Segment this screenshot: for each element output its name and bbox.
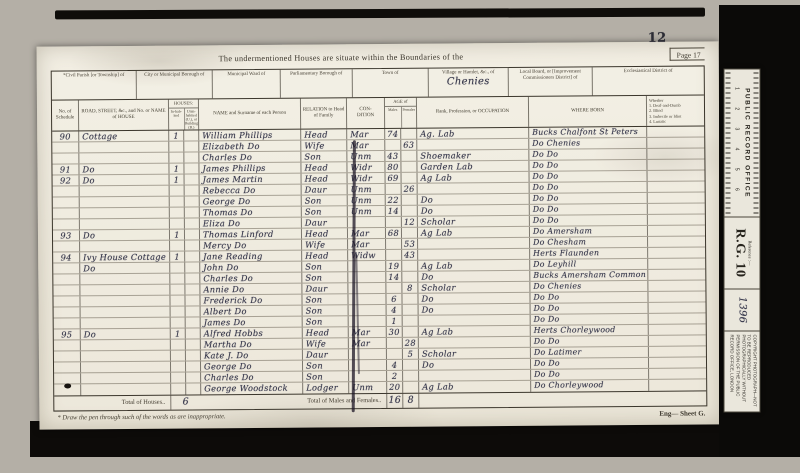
cell-houses-inhabited — [170, 351, 185, 361]
cell-houses-inhabited: 1 — [169, 230, 184, 240]
cell-schedule-number — [53, 219, 79, 229]
cell-house-name — [79, 241, 169, 252]
cell-houses-uninhabited — [183, 141, 198, 151]
cell-schedule-number — [54, 373, 80, 383]
col-header-age: AGE of Males Females — [384, 98, 416, 128]
cell-houses-inhabited — [169, 208, 184, 218]
cell-houses-uninhabited — [184, 207, 199, 217]
cell-person-name: James Martin — [199, 174, 301, 185]
cell-houses-uninhabited — [185, 339, 200, 349]
cell-where-born: Do Do — [530, 314, 648, 325]
cell-relation: Head — [300, 162, 346, 172]
cell-where-born: Do Do — [530, 303, 648, 314]
cell-houses-inhabited — [168, 142, 183, 152]
cell-occupation — [417, 238, 529, 249]
cell-person-name: Charles Do — [198, 152, 300, 163]
pro-ruler: PUBLIC RECORD OFFICE 1 2 3 4 5 6 — [725, 70, 760, 218]
cell-age-male: 6 — [385, 294, 401, 304]
cell-infirmity — [648, 302, 706, 312]
census-form: 12 The undermentioned Houses are situate… — [37, 41, 722, 429]
col-header-relation: RELATION to Head of Family — [300, 98, 346, 128]
cell-infirmity — [647, 170, 705, 180]
cell-age-male — [385, 239, 401, 249]
cell-person-name: Eliza Do — [199, 218, 301, 229]
cell-relation: Son — [300, 151, 346, 161]
public-record-office-label: PUBLIC RECORD OFFICE 1 2 3 4 5 6 Referen… — [724, 69, 761, 413]
cell-person-name: Thomas Do — [199, 207, 301, 218]
cell-schedule-number — [53, 263, 79, 273]
cell-relation: Son — [302, 371, 348, 381]
census-table: *Civil Parish [or Township] of City or M… — [51, 65, 708, 411]
form-title: The undermentioned Houses are situate wi… — [219, 52, 464, 63]
cell-houses-inhabited — [169, 219, 184, 229]
col-header-road: ROAD, STREET, &c., and No. or NAME of HO… — [78, 100, 168, 131]
cell-houses-inhabited — [169, 186, 184, 196]
cell-age-female — [401, 206, 417, 216]
boundary-city-borough: City or Municipal Borough of — [136, 70, 212, 99]
cell-where-born: Do Chorleywood — [530, 380, 648, 392]
cell-house-name: Ivy House Cottage — [79, 252, 169, 263]
cell-houses-uninhabited — [184, 251, 199, 261]
cell-where-born: Do Leyhill — [529, 259, 647, 270]
cell-houses-inhabited — [169, 274, 184, 284]
cell-occupation: Do — [418, 304, 530, 315]
cell-infirmity — [647, 214, 705, 224]
cell-age-male: 80 — [384, 162, 400, 172]
cell-occupation: Scholar — [417, 216, 529, 227]
cell-infirmity — [648, 346, 706, 356]
boundary-village: Village or Hamlet, &c., ofChenies — [428, 68, 508, 97]
cell-house-name — [78, 142, 168, 153]
cell-house-name: Do — [80, 329, 170, 340]
cell-relation: Daur — [301, 184, 347, 194]
col-header-name: NAME and Surname of each Person — [198, 99, 300, 130]
cell-occupation: Scholar — [417, 282, 529, 293]
cell-houses-uninhabited — [185, 383, 200, 394]
cell-occupation: Shoemaker — [416, 150, 528, 161]
cell-schedule-number — [52, 153, 78, 163]
cell-infirmity — [647, 291, 705, 301]
census-rows: 90 Cottage 1 William Phillips Head Mar 7… — [52, 126, 706, 395]
cell-age-male: 1 — [386, 316, 402, 326]
cell-age-female — [402, 327, 418, 337]
cell-person-name: Martha Do — [200, 339, 302, 350]
cell-schedule-number: 91 — [52, 164, 78, 174]
col-header-uninhabited: Unin-habited (U.), or Building (B.) — [183, 108, 198, 130]
cell-age-male: 20 — [386, 382, 402, 393]
cell-where-born: Bucks Amersham Common — [529, 270, 647, 281]
cell-age-male — [386, 349, 402, 359]
cell-age-female: 63 — [400, 140, 416, 150]
cell-relation: Son — [301, 261, 347, 271]
cell-houses-inhabited — [170, 362, 185, 372]
cell-house-name — [79, 274, 169, 285]
cell-age-female — [401, 261, 417, 271]
boundary-municipal-ward: Municipal Ward of — [212, 70, 280, 99]
cell-age-female — [401, 195, 417, 205]
cell-schedule-number — [52, 142, 78, 152]
cell-relation: Son — [302, 305, 348, 315]
cell-age-male: 4 — [386, 360, 402, 370]
cell-occupation: Do — [417, 271, 529, 282]
cell-schedule-number: 90 — [52, 131, 78, 141]
cell-house-name: Do — [79, 230, 169, 241]
cell-where-born: Do Do — [529, 204, 647, 215]
cell-schedule-number: 93 — [53, 230, 79, 240]
totals-empty — [418, 391, 706, 407]
cell-age-female: 8 — [401, 283, 417, 293]
cell-age-male — [386, 338, 402, 348]
cell-houses-inhabited: 1 — [169, 252, 184, 262]
cell-person-name: George Do — [199, 196, 301, 207]
cell-occupation — [417, 183, 529, 194]
cell-house-name — [80, 384, 170, 396]
cell-infirmity — [648, 324, 706, 334]
cell-houses-uninhabited — [184, 218, 199, 228]
cell-person-name: Alfred Hobbs — [200, 328, 302, 339]
col-header-where-born: WHERE BORN — [528, 96, 646, 127]
cell-house-name — [79, 208, 169, 219]
cell-house-name — [79, 197, 169, 208]
cell-infirmity — [647, 258, 705, 268]
cell-relation: Daur — [302, 349, 348, 359]
col-header-condition: CON- DITION — [346, 98, 384, 128]
cell-where-born: Do Chenies — [529, 281, 647, 292]
cell-houses-uninhabited — [185, 306, 200, 316]
cell-person-name: Annie Do — [199, 284, 301, 295]
cell-occupation — [417, 249, 529, 260]
cell-houses-uninhabited — [184, 295, 199, 305]
cell-infirmity — [646, 126, 704, 136]
cell-house-name: Do — [78, 164, 168, 175]
cell-age-male — [384, 140, 400, 150]
cell-house-name — [79, 186, 169, 197]
total-mf-label: Total of Males and Females.. — [200, 394, 386, 409]
cell-person-name: Kate J. Do — [200, 350, 302, 361]
cell-infirmity — [647, 225, 705, 235]
cell-schedule-number — [53, 197, 79, 207]
cell-relation: Daur — [301, 283, 347, 293]
cell-age-female: 5 — [402, 349, 418, 359]
cell-schedule-number: 94 — [53, 252, 79, 262]
film-edge-top — [55, 8, 705, 20]
cell-houses-uninhabited — [184, 240, 199, 250]
cell-where-born: Herts Chorleywood — [530, 325, 648, 336]
cell-relation: Son — [301, 195, 347, 205]
cell-age-male: 68 — [385, 228, 401, 238]
cell-relation: Wife — [300, 140, 346, 150]
cell-age-male: 2 — [386, 371, 402, 381]
col-header-age-males: Males — [385, 106, 401, 128]
cell-occupation: Ag. Lab — [416, 128, 528, 139]
cell-age-male: 22 — [385, 195, 401, 205]
cell-schedule-number: 95 — [54, 329, 80, 339]
col-header-houses: HOUSES: In-hab-ited Unin-habited (U.), o… — [168, 99, 198, 129]
cell-age-female: 53 — [401, 239, 417, 249]
cell-houses-uninhabited — [184, 196, 199, 206]
column-headers: No. of Schedule ROAD, STREET, &c., and N… — [52, 95, 704, 131]
cell-infirmity — [648, 379, 706, 390]
cell-age-male — [385, 283, 401, 293]
cell-relation: Son — [301, 272, 347, 282]
boundary-local-board: Local Board, or [Improvement Commissione… — [508, 67, 592, 96]
col-header-occupation: Rank, Profession, or OCCUPATION — [416, 97, 528, 128]
footer-band: * Draw the pen through such of the words… — [57, 409, 705, 422]
cell-occupation — [418, 315, 530, 326]
cell-relation: Head — [301, 228, 347, 238]
cell-age-female — [401, 294, 417, 304]
cell-age-male: 14 — [385, 272, 401, 282]
cell-condition: Mar — [346, 129, 384, 139]
cell-age-male — [385, 217, 401, 227]
cell-houses-uninhabited — [184, 174, 199, 184]
pro-reference: Reference :— R.G. 10 — [725, 218, 760, 290]
cell-schedule-number — [53, 208, 79, 218]
cell-age-male: 14 — [385, 206, 401, 216]
cell-occupation — [418, 337, 530, 348]
cell-infirmity — [647, 269, 705, 279]
cell-occupation: Do — [417, 194, 529, 205]
cell-person-name: Charles Do — [199, 273, 301, 284]
reference-label: Reference :— — [748, 240, 753, 265]
cell-where-born: Do Do — [528, 149, 646, 160]
cell-house-name — [80, 318, 170, 329]
cell-occupation: Do — [417, 293, 529, 304]
cell-infirmity — [646, 137, 704, 147]
copyright-notice: COPYRIGHT PHOTOGRAPH—NOT TO BE REPRODUCE… — [725, 332, 760, 412]
cell-infirmity — [648, 313, 706, 323]
cell-where-born: Do Chenies — [528, 138, 646, 149]
cell-relation: Lodger — [302, 382, 348, 393]
cell-age-female — [401, 272, 417, 282]
scanned-census-page: 12 The undermentioned Houses are situate… — [0, 0, 800, 473]
cell-age-female — [400, 151, 416, 161]
cell-houses-inhabited — [170, 307, 185, 317]
cell-age-female — [402, 371, 418, 381]
cell-occupation: Scholar — [418, 348, 530, 359]
cell-infirmity — [647, 236, 705, 246]
cell-relation: Son — [302, 360, 348, 370]
col-header-age-females: Females — [400, 106, 416, 128]
cell-age-female — [402, 360, 418, 370]
cell-age-male: 30 — [386, 327, 402, 337]
cell-person-name: Elizabeth Do — [198, 141, 300, 152]
cell-where-born: Do Do — [529, 193, 647, 204]
cell-where-born: Do Chesham — [529, 237, 647, 248]
cell-person-name: Charles Do — [200, 372, 302, 383]
cell-relation: Head — [302, 327, 348, 337]
cell-age-male — [385, 184, 401, 194]
piece-number: 1396 — [725, 290, 760, 332]
total-males-value: 16 — [386, 394, 402, 408]
cell-person-name: John Do — [199, 262, 301, 273]
cell-occupation — [416, 139, 528, 150]
cell-occupation: Do — [418, 359, 530, 370]
cell-where-born: Do Latimer — [530, 347, 648, 358]
cell-houses-uninhabited — [185, 361, 200, 371]
cell-person-name: Rebecca Do — [199, 185, 301, 196]
cell-where-born: Do Do — [529, 171, 647, 182]
cell-houses-inhabited — [170, 340, 185, 350]
cell-houses-inhabited — [169, 263, 184, 273]
cell-house-name — [79, 219, 169, 230]
cell-infirmity — [647, 247, 705, 257]
cell-age-female — [401, 228, 417, 238]
cell-age-female — [401, 173, 417, 183]
cell-relation: Head — [301, 250, 347, 260]
cell-schedule-number — [54, 362, 80, 372]
cell-houses-uninhabited — [183, 152, 198, 162]
cell-where-born: Herts Flaunden — [529, 248, 647, 259]
form-footnote: * Draw the pen through such of the words… — [57, 413, 225, 422]
cell-schedule-number — [54, 307, 80, 317]
cell-houses-inhabited — [170, 384, 185, 395]
cell-schedule-number: 92 — [53, 175, 79, 185]
cell-houses-inhabited — [169, 285, 184, 295]
col-header-infirmity: Whether 1. Deaf-and-Dumb 2. Blind 3. Imb… — [646, 95, 704, 125]
cell-age-female: 26 — [401, 184, 417, 194]
ink-blot — [64, 383, 71, 388]
cell-house-name — [78, 153, 168, 164]
cell-houses-inhabited — [169, 197, 184, 207]
cell-infirmity — [647, 192, 705, 202]
cell-age-female: 12 — [401, 217, 417, 227]
cell-age-female — [402, 305, 418, 315]
cell-houses-uninhabited — [183, 163, 198, 173]
cell-houses-inhabited: 1 — [168, 131, 183, 141]
cell-house-name — [80, 351, 170, 362]
cell-occupation: Do — [417, 205, 529, 216]
cell-person-name: James Phillips — [198, 163, 300, 174]
cell-person-name: Frederick Do — [199, 295, 301, 306]
cell-infirmity — [648, 335, 706, 345]
cell-houses-inhabited: 1 — [168, 164, 183, 174]
cell-where-born: Do Do — [530, 336, 648, 347]
cell-houses-uninhabited — [184, 273, 199, 283]
cell-person-name: Jane Reading — [199, 251, 301, 262]
cell-houses-uninhabited — [185, 317, 200, 327]
boundary-parliamentary-borough: Parliamentary Borough of — [280, 69, 352, 98]
cell-schedule-number — [53, 274, 79, 284]
cell-occupation: Ag Lab — [418, 381, 530, 393]
sheet-label: Eng— Sheet G. — [659, 409, 705, 417]
cell-occupation: Ag Lab — [418, 326, 530, 337]
reference-series: R.G. 10 — [732, 229, 748, 278]
cell-infirmity — [647, 181, 705, 191]
cell-houses-inhabited — [169, 241, 184, 251]
boundary-ecclesiastical-district: Ecclesiastical District of — [592, 66, 704, 95]
col-header-inhabited: In-hab-ited — [169, 108, 184, 130]
ruler-ticks-top — [754, 73, 759, 214]
cell-relation: Wife — [301, 239, 347, 249]
cell-where-born: Do Do — [529, 292, 647, 303]
cell-schedule-number — [54, 318, 80, 328]
cell-houses-uninhabited — [183, 130, 198, 140]
cell-person-name: James Do — [200, 317, 302, 328]
printed-page-number: Page 17 — [670, 47, 705, 60]
cell-houses-uninhabited — [184, 185, 199, 195]
cell-houses-uninhabited — [185, 350, 200, 360]
cell-relation: Wife — [302, 338, 348, 348]
cell-schedule-number — [54, 351, 80, 361]
cell-relation: Head — [301, 173, 347, 183]
cell-relation: Head — [300, 129, 346, 139]
cell-houses-uninhabited — [185, 372, 200, 382]
pro-office-name: PUBLIC RECORD OFFICE — [743, 73, 750, 214]
cell-schedule-number — [54, 340, 80, 350]
cell-person-name: Albert Do — [200, 306, 302, 317]
cell-house-name: Do — [79, 263, 169, 274]
ruler-ticks-bottom — [726, 73, 731, 214]
cell-where-born: Do Do — [529, 215, 647, 226]
cell-schedule-number — [53, 186, 79, 196]
boundary-civil-parish: *Civil Parish [or Township] of — [52, 71, 136, 100]
cell-house-name — [80, 307, 170, 318]
cell-infirmity — [647, 280, 705, 290]
cell-house-name — [79, 285, 169, 296]
total-females-value: 8 — [402, 394, 418, 408]
cell-infirmity — [647, 203, 705, 213]
cell-where-born: Do Do — [529, 182, 647, 193]
cell-schedule-number — [53, 241, 79, 251]
col-header-schedule: No. of Schedule — [52, 100, 78, 130]
cell-houses-uninhabited — [184, 229, 199, 239]
cell-person-name: William Phillips — [198, 130, 300, 141]
cell-relation: Son — [301, 206, 347, 216]
cell-age-female — [402, 382, 418, 393]
cell-house-name — [80, 362, 170, 373]
cell-age-male: 69 — [385, 173, 401, 183]
cell-age-female — [400, 129, 416, 139]
cell-house-name: Do — [79, 175, 169, 186]
cell-relation: Son — [301, 294, 347, 304]
cell-occupation: Ag Lab — [417, 227, 529, 238]
cell-person-name: Thomas Linford — [199, 229, 301, 240]
cell-infirmity — [648, 368, 706, 378]
cell-age-female — [400, 162, 416, 172]
cell-houses-inhabited: 1 — [169, 175, 184, 185]
cell-houses-inhabited — [169, 296, 184, 306]
cell-house-name — [80, 373, 170, 384]
cell-age-male: 4 — [386, 305, 402, 315]
cell-person-name: George Do — [200, 361, 302, 372]
cell-age-female — [402, 316, 418, 326]
cell-age-male: 19 — [385, 261, 401, 271]
cell-relation: Daur — [301, 217, 347, 227]
cell-age-male: 43 — [384, 151, 400, 161]
cell-occupation — [418, 370, 530, 381]
cell-where-born: Do Amersham — [529, 226, 647, 237]
cell-age-female: 28 — [402, 338, 418, 348]
cell-infirmity — [648, 357, 706, 367]
cell-infirmity — [646, 159, 704, 169]
handwritten-folio-number: 12 — [648, 31, 667, 46]
ruler-numbers: 1 2 3 4 5 6 — [734, 73, 740, 214]
cell-where-born: Bucks Chalfont St Peters — [528, 127, 646, 138]
total-houses-value: 6 — [170, 395, 200, 409]
cell-age-male: 74 — [384, 129, 400, 139]
cell-where-born: Do Do — [528, 160, 646, 171]
cell-age-female: 43 — [401, 250, 417, 260]
cell-house-name — [80, 340, 170, 351]
cell-infirmity — [646, 148, 704, 158]
cell-houses-inhabited — [168, 153, 183, 163]
cell-where-born: Do Do — [530, 358, 648, 369]
cell-schedule-number — [53, 296, 79, 306]
cell-occupation: Ag Lab — [417, 260, 529, 271]
cell-houses-inhabited — [170, 373, 185, 383]
total-houses-label: Total of Houses.. — [54, 396, 170, 411]
